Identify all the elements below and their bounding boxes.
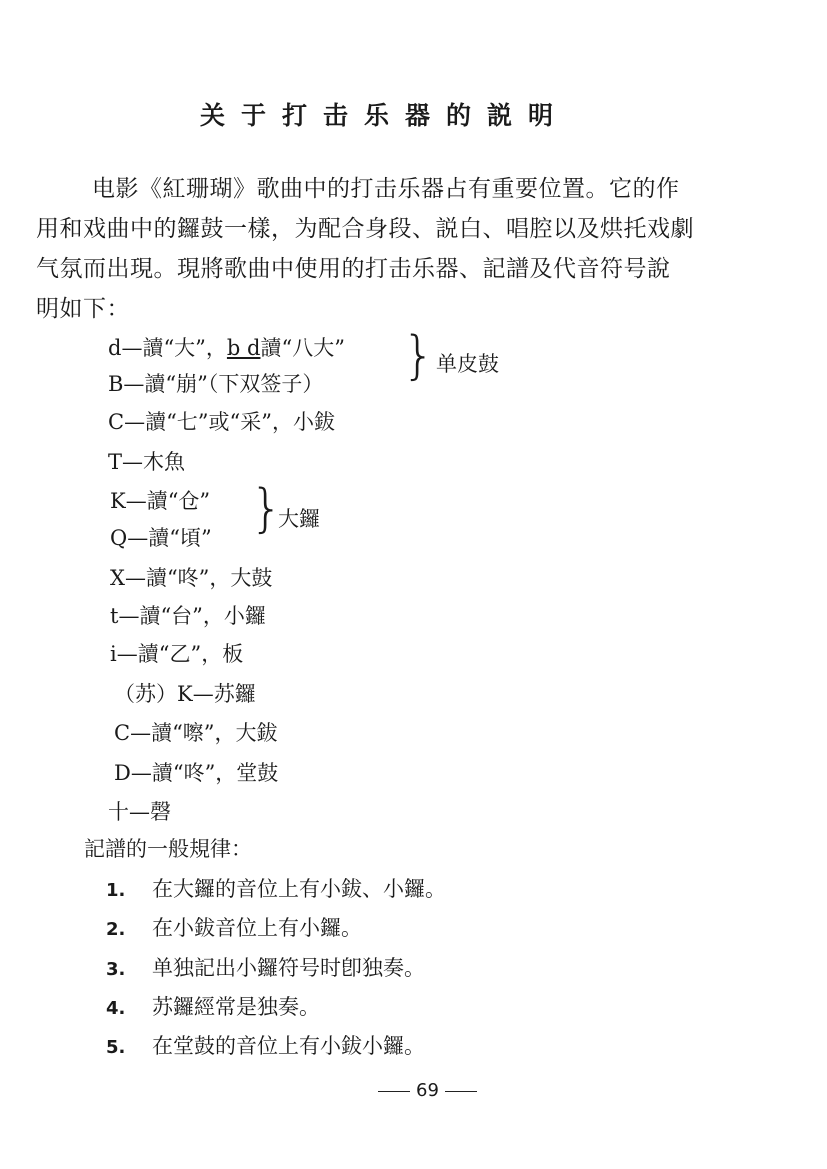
page-number: 69 xyxy=(372,1080,483,1101)
symbol-underlined: b d xyxy=(227,336,261,360)
symbol-entry-q: Q—讀“頃” xyxy=(110,522,212,552)
rule-number: 4. xyxy=(106,998,152,1019)
rule-number: 3. xyxy=(106,959,152,980)
rule-number: 1. xyxy=(106,880,152,901)
rule-text: 在大鑼的音位上有小鈸、小鑼。 xyxy=(152,877,446,901)
rule-text: 苏鑼經常是独奏。 xyxy=(152,995,320,1019)
symbol-entry-c: C—讀“七”或“采”，小鈸 xyxy=(108,406,335,436)
symbol-entry-qing: 十—磬 xyxy=(108,796,171,826)
intro-line-2: 用和戏曲中的鑼鼓一樣，为配合身段、説白、唱腔以及烘托戏劇 xyxy=(36,210,694,243)
rule-item: 2.在小鈸音位上有小鑼。 xyxy=(106,912,362,942)
intro-line-4: 明如下： xyxy=(36,290,130,323)
symbol-entry-big-c: C—讀“嚓”，大鈸 xyxy=(114,717,278,747)
symbol-entry-text: 讀“八大” xyxy=(260,336,344,360)
symbol-entry-b: B—讀“崩”（下双签子） xyxy=(108,368,323,398)
intro-line-3: 气氛而出現。現將歌曲中使用的打击乐器、記譜及代音符号說 xyxy=(36,250,671,283)
group-label-single-drum: 单皮鼓 xyxy=(436,348,499,378)
rule-item: 3.单独記出小鑼符号时卽独奏。 xyxy=(106,952,425,982)
rule-number: 5. xyxy=(106,1037,152,1058)
rule-text: 在堂鼓的音位上有小鈸小鑼。 xyxy=(152,1034,425,1058)
symbol-entry-big-d: D—讀“咚”，堂鼓 xyxy=(114,757,278,787)
page-title: 关于打击乐器的説明 xyxy=(200,96,580,132)
symbol-entry-su-k: （苏）K—苏鑼 xyxy=(114,678,256,708)
page-number-value: 69 xyxy=(416,1080,439,1101)
symbol-entry-t: T—木魚 xyxy=(108,446,185,476)
symbol-entry-i: i—讀“乙”，板 xyxy=(110,638,243,668)
symbol-entry-small-t: t—讀“台”，小鑼 xyxy=(110,600,266,630)
dash-left xyxy=(378,1091,410,1092)
rule-number: 2. xyxy=(106,919,152,940)
rule-item: 5.在堂鼓的音位上有小鈸小鑼。 xyxy=(106,1030,425,1060)
symbol-entry-k: K—讀“仓” xyxy=(110,485,210,515)
symbol-entry-text: d—讀“大”， xyxy=(108,336,227,360)
rule-item: 1.在大鑼的音位上有小鈸、小鑼。 xyxy=(106,873,446,903)
rule-item: 4.苏鑼經常是独奏。 xyxy=(106,991,320,1021)
rule-text: 单独記出小鑼符号时卽独奏。 xyxy=(152,956,425,980)
document-page: 关于打击乐器的説明 电影《紅珊瑚》歌曲中的打击乐器占有重要位置。它的作 用和戏曲… xyxy=(0,0,827,1169)
symbol-entry-d: d—讀“大”，b d讀“八大” xyxy=(108,332,345,362)
rule-text: 在小鈸音位上有小鑼。 xyxy=(152,916,362,940)
rules-heading: 記譜的一般規律： xyxy=(84,833,252,863)
symbol-entry-text: B—讀“崩”（下双签子） xyxy=(108,372,323,396)
symbol-entry-x: X—讀“咚”，大鼓 xyxy=(110,562,272,592)
dash-right xyxy=(445,1091,477,1092)
brace-single-drum: } xyxy=(402,330,435,382)
group-label-big-gong: 大鑼 xyxy=(278,503,320,533)
intro-line-1: 电影《紅珊瑚》歌曲中的打击乐器占有重要位置。它的作 xyxy=(92,170,680,203)
